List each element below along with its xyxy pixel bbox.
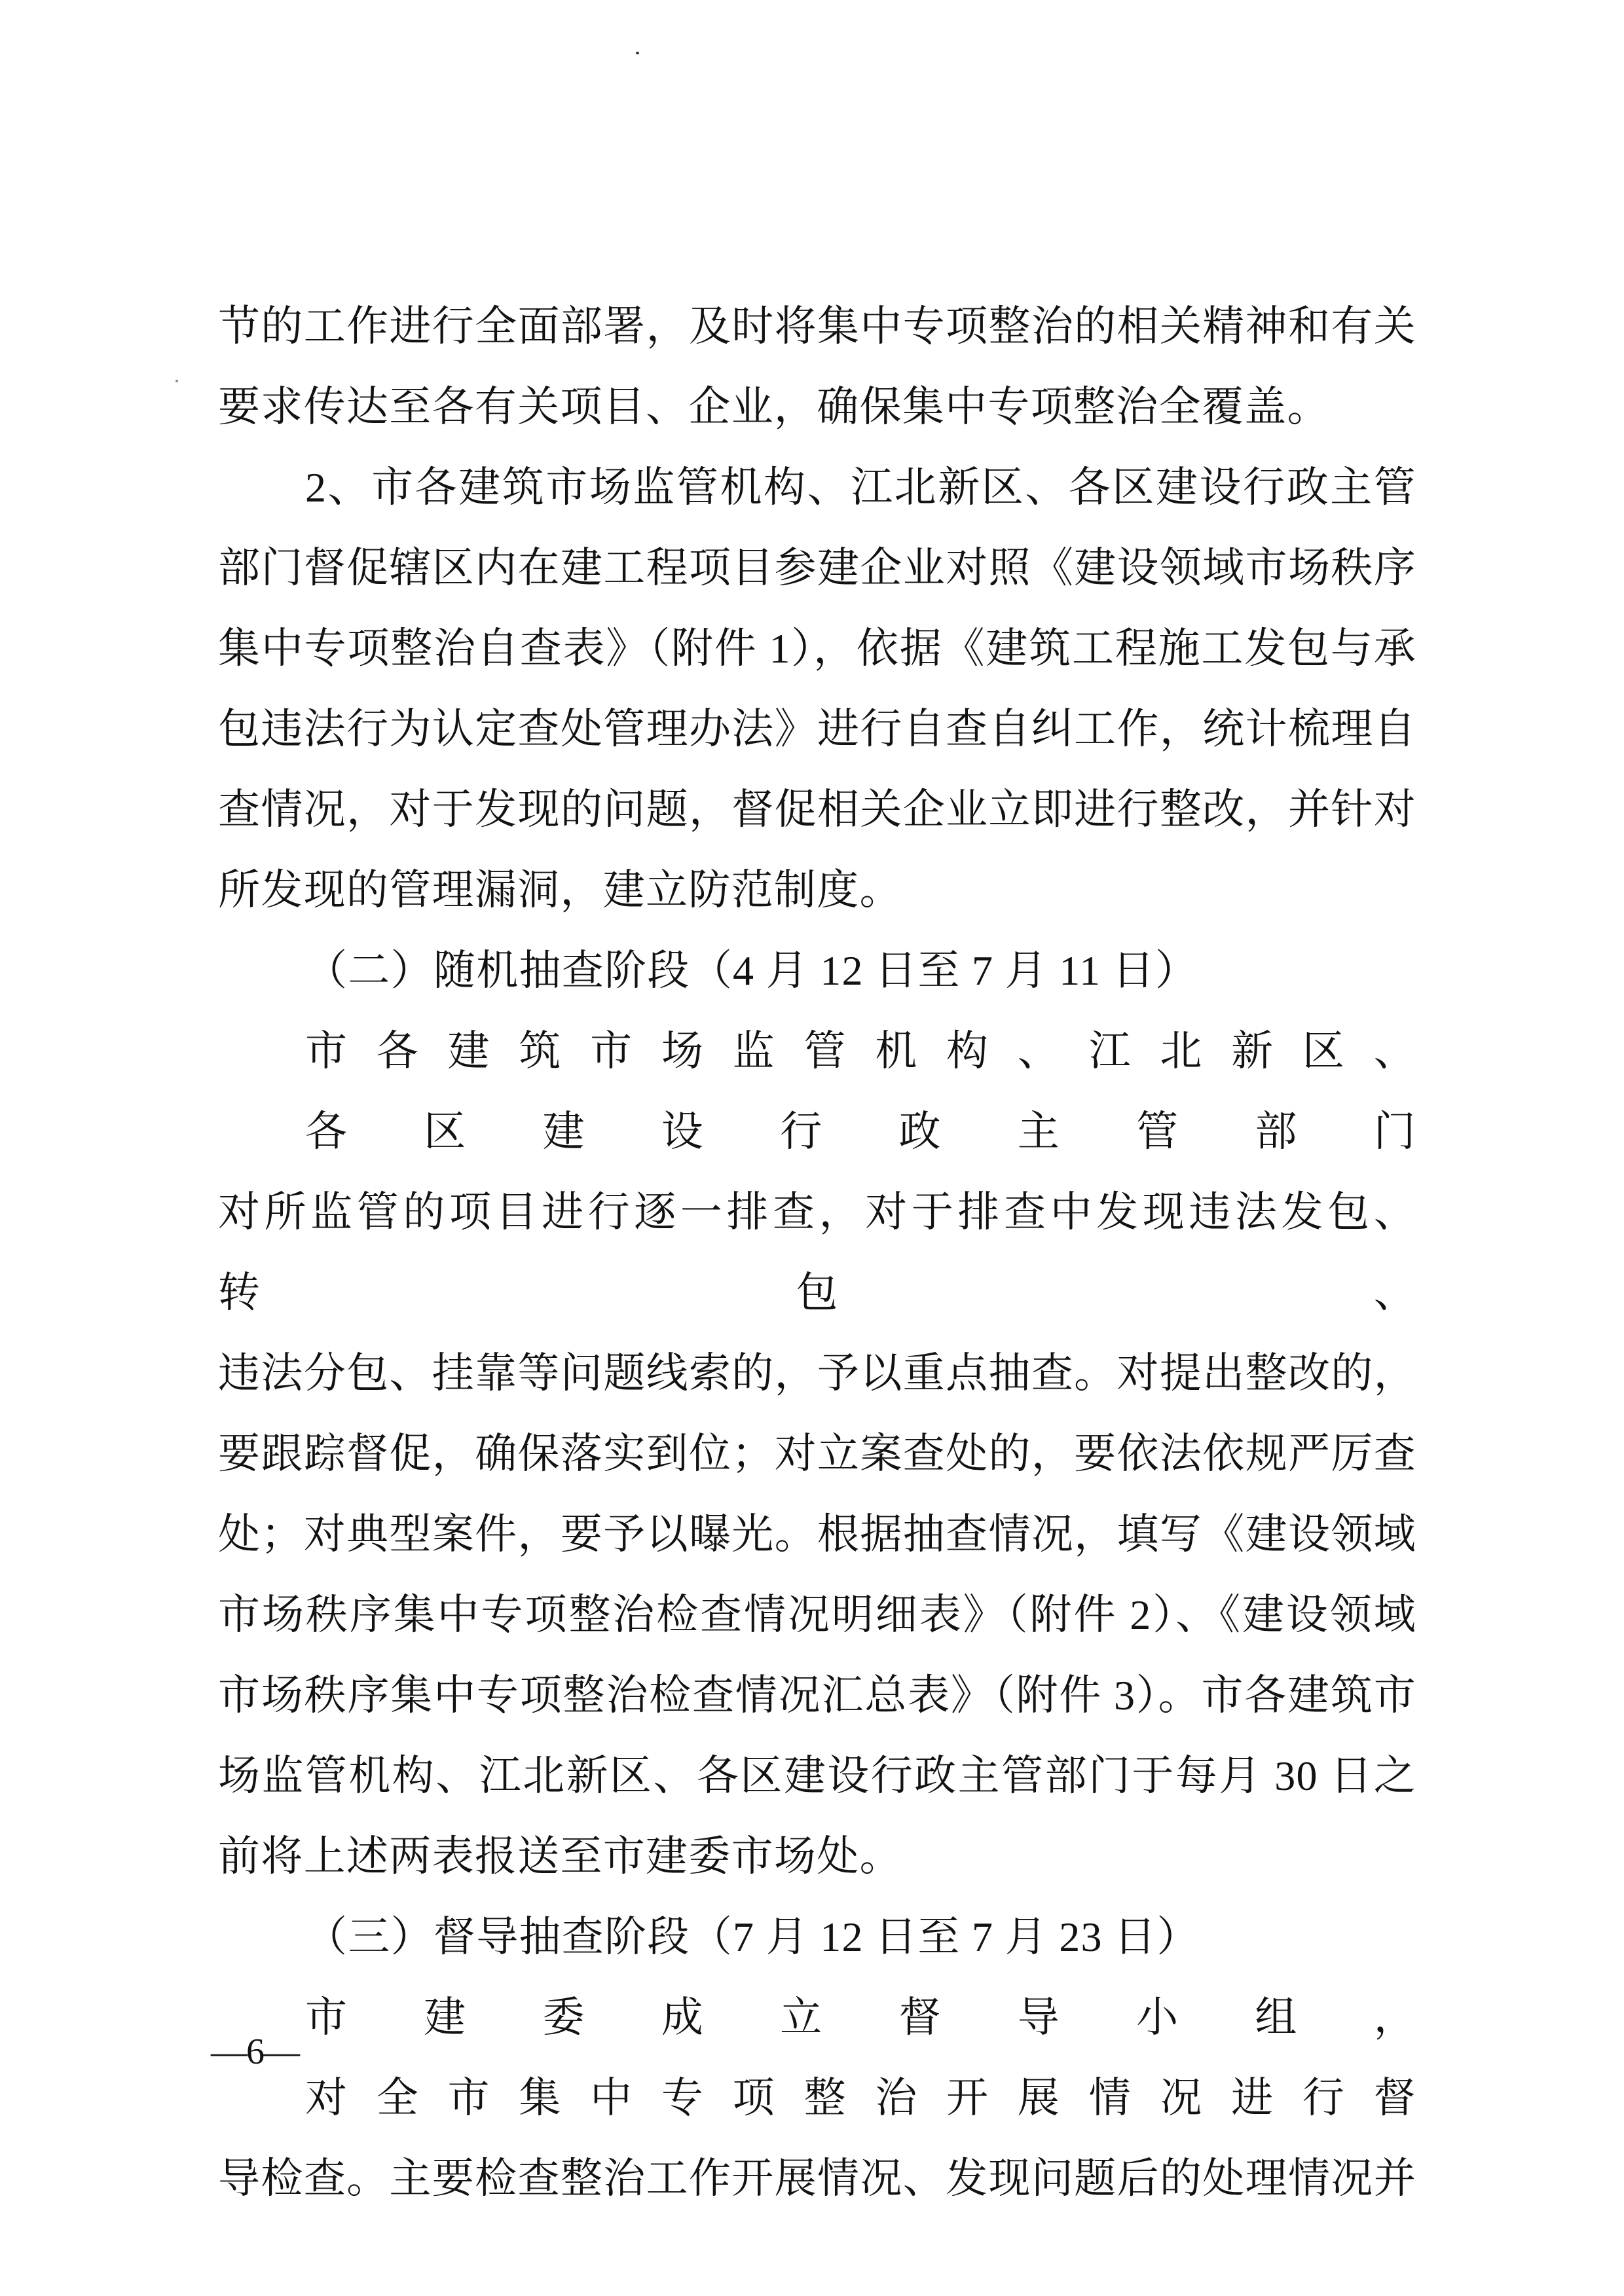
scan-speck [175,380,178,382]
text-line-9: （二）随机抽查阶段（4 月 12 日至 7 月 11 日） [218,930,1416,1011]
text-line-2: 要求传达至各有关项目、企业，确保集中专项整治全覆盖。 [218,367,1416,447]
text-line-3: 2、市各建筑市场监管机构、江北新区、各区建设行政主管 [218,447,1416,528]
text-line-19: （三）督导抽查阶段（7 月 12 日至 7 月 23 日） [218,1897,1416,1977]
text-line-21: 导检查。主要检查整治工作开展情况、发现问题后的处理情况并 [218,2138,1416,2219]
text-line-16: 市场秩序集中专项整治检查情况汇总表》（附件 3）。市各建筑市 [218,1655,1416,1736]
text-line-14: 处；对典型案件，要予以曝光。根据抽查情况，填写《建设领域 [218,1494,1416,1575]
text-line-1: 节的工作进行全面部署，及时将集中专项整治的相关精神和有关 [218,286,1416,367]
text-line-5: 集中专项整治自查表》（附件 1），依据《建筑工程施工发包与承 [218,608,1416,689]
text-line-15: 市场秩序集中专项整治检查情况明细表》（附件 2）、《建设领域 [218,1575,1416,1655]
text-line-10: 市各建筑市场监管机构、江北新区、各区建设行政主管部门 [218,1011,1416,1172]
text-line-18: 前将上述两表报送至市建委市场处。 [218,1816,1416,1897]
text-line-13: 要跟踪督促，确保落实到位；对立案查处的，要依法依规严厉查 [218,1413,1416,1494]
scan-speck [636,52,639,54]
text-line-8: 所发现的管理漏洞，建立防范制度。 [218,850,1416,930]
text-line-7: 查情况，对于发现的问题，督促相关企业立即进行整改，并针对 [218,769,1416,850]
text-line-6: 包违法行为认定查处管理办法》进行自查自纠工作，统计梳理自 [218,689,1416,769]
text-line-4: 部门督促辖区内在建工程项目参建企业对照《建设领域市场秩序 [218,528,1416,608]
text-line-17: 场监管机构、江北新区、各区建设行政主管部门于每月 30 日之 [218,1736,1416,1816]
text-line-12: 违法分包、挂靠等问题线索的，予以重点抽查。对提出整改的， [218,1333,1416,1413]
text-line-11: 对所监管的项目进行逐一排查，对于排查中发现违法发包、转包、 [218,1172,1416,1333]
document-body: 节的工作进行全面部署，及时将集中专项整治的相关精神和有关要求传达至各有关项目、企… [218,286,1416,2219]
text-line-20: 市建委成立督导小组，对全市集中专项整治开展情况进行督 [218,1977,1416,2138]
page-number: —6— [211,2033,299,2070]
scanned-document-page: 节的工作进行全面部署，及时将集中专项整治的相关精神和有关要求传达至各有关项目、企… [0,0,1624,2296]
